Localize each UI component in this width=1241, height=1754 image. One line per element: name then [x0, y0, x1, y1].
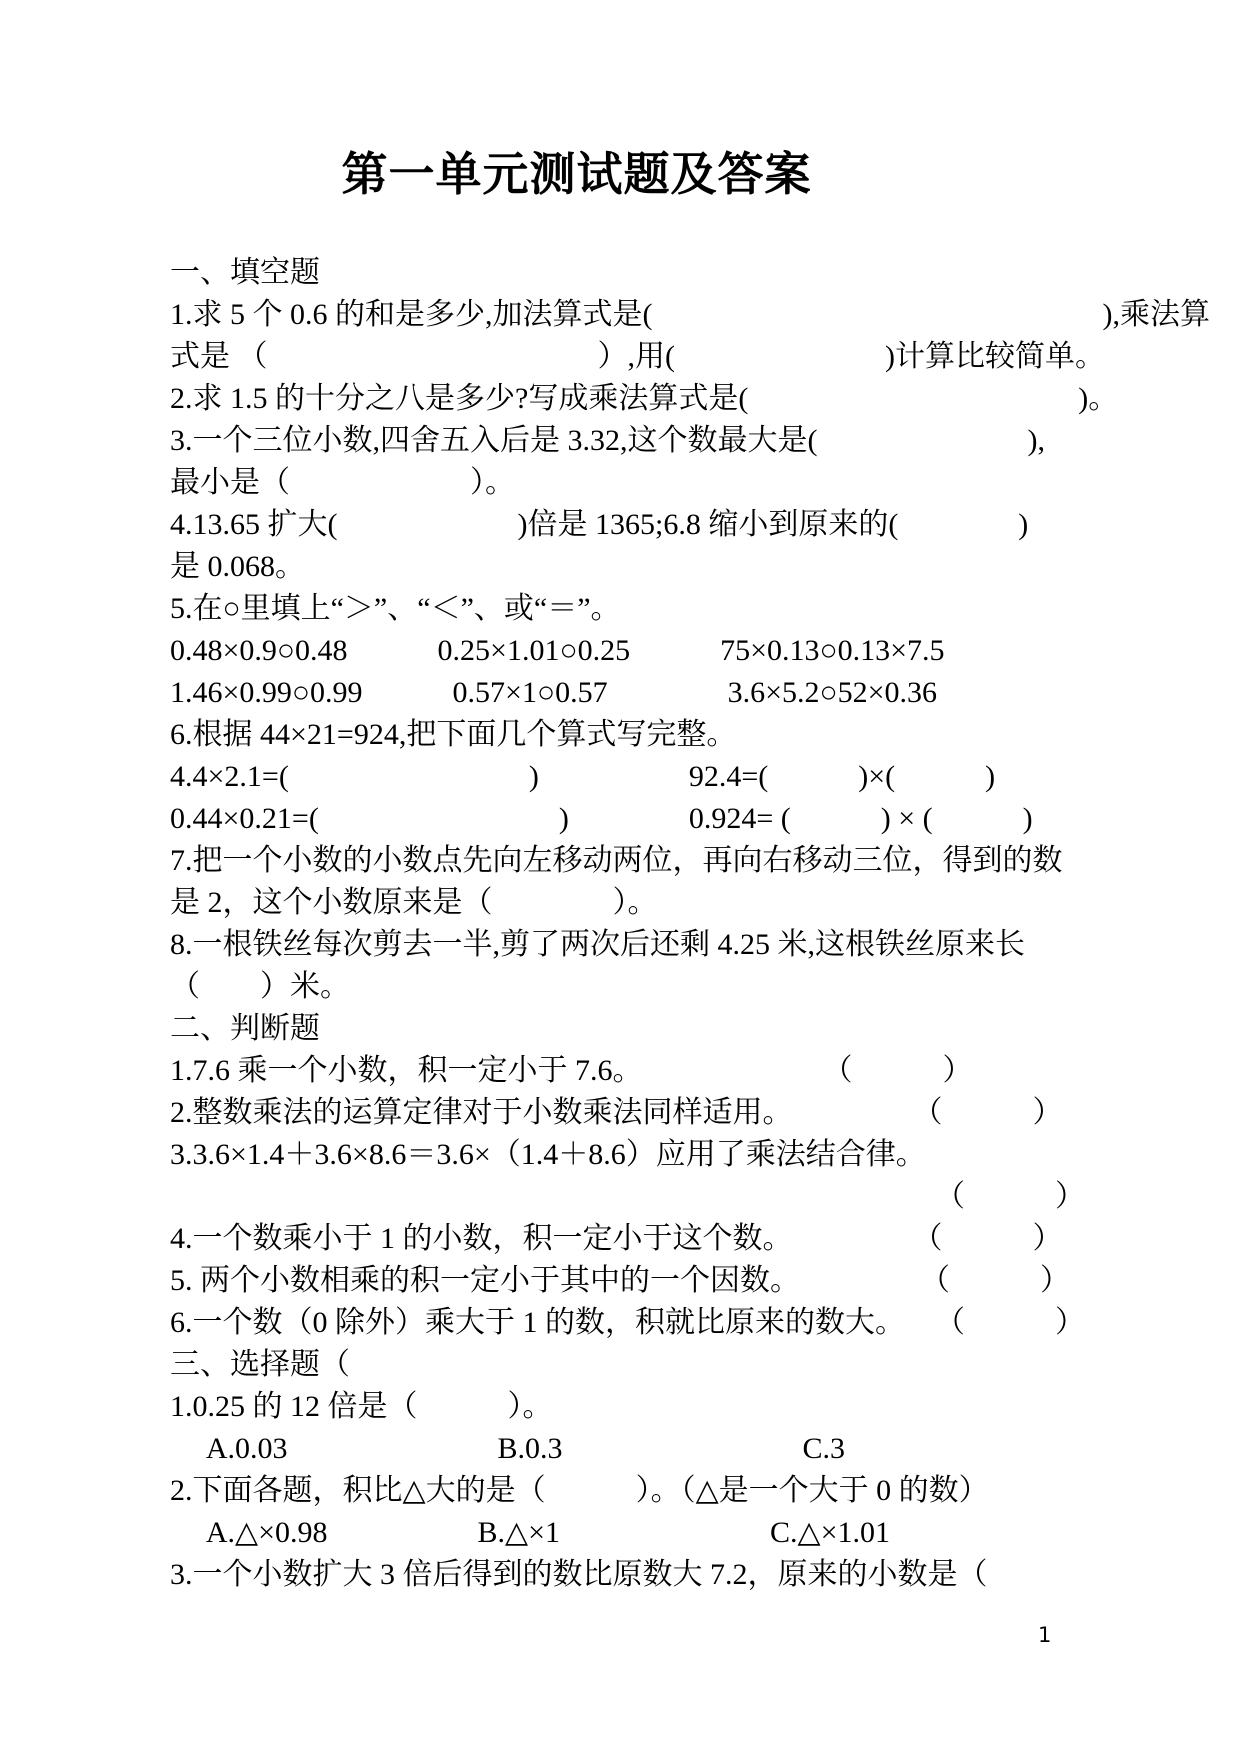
text-line: 5. 两个小数相乘的积一定小于其中的一个因数。 （ ） — [170, 1260, 1110, 1302]
text-line: （ ） — [170, 1176, 1110, 1218]
text-line: 0.48×0.9○0.48 0.25×1.01○0.25 75×0.13○0.1… — [170, 630, 1110, 672]
text-line: 3.一个三位小数,四舍五入后是 3.32,这个数最大是( ), — [170, 420, 1110, 462]
text-line: 2.整数乘法的运算定律对于小数乘法同样适用。 （ ） — [170, 1092, 1110, 1134]
text-line: 1.0.25 的 12 倍是（ ）。 — [170, 1386, 1110, 1428]
text-line: 式是 （ ）,用( )计算比较简单。 — [170, 336, 1110, 378]
text-line: 4.13.65 扩大( )倍是 1365;6.8 缩小到原来的( ) — [170, 504, 1110, 546]
text-line: 二、判断题 — [170, 1008, 1110, 1050]
text-line: 4.一个数乘小于 1 的小数，积一定小于这个数。 （ ） — [170, 1218, 1110, 1260]
text-line: 6.根据 44×21=924,把下面几个算式写完整。 — [170, 714, 1110, 756]
text-line: A.△×0.98 B.△×1 C.△×1.01 — [170, 1512, 1110, 1554]
text-line: 3.3.6×1.4＋3.6×8.6＝3.6×（1.4＋8.6）应用了乘法结合律。 — [170, 1134, 1110, 1176]
text-line: （ ）米。 — [170, 966, 1110, 1008]
text-line: 3.一个小数扩大 3 倍后得到的数比原数大 7.2，原来的小数是（ — [170, 1554, 1110, 1596]
text-line: A.0.03 B.0.3 C.3 — [170, 1428, 1110, 1470]
document-title: 第一单元测试题及答案 — [0, 146, 1241, 202]
text-line: 7.把一个小数的小数点先向左移动两位，再向右移动三位，得到的数 — [170, 840, 1110, 882]
text-line: 8.一根铁丝每次剪去一半,剪了两次后还剩 4.25 米,这根铁丝原来长 — [170, 924, 1110, 966]
text-line: 5.在○里填上“＞”、“＜”、或“＝”。 — [170, 588, 1110, 630]
text-line: 1.46×0.99○0.99 0.57×1○0.57 3.6×5.2○52×0.… — [170, 672, 1110, 714]
document-page: 第一单元测试题及答案 一、填空题1.求 5 个 0.6 的和是多少,加法算式是(… — [0, 0, 1241, 1754]
text-line: 最小是（ ）。 — [170, 462, 1110, 504]
text-line: 2.下面各题，积比△大的是（ ）。（△是一个大于 0 的数） — [170, 1470, 1110, 1512]
text-line: 1.7.6 乘一个小数，积一定小于 7.6。 （ ） — [170, 1050, 1110, 1092]
text-line: 1.求 5 个 0.6 的和是多少,加法算式是( ),乘法算 — [170, 294, 1110, 336]
text-line: 三、选择题（ — [170, 1344, 1110, 1386]
text-line: 是 2，这个小数原来是（ ）。 — [170, 882, 1110, 924]
text-line: 6.一个数（0 除外）乘大于 1 的数，积就比原来的数大。 （ ） — [170, 1302, 1110, 1344]
question-lines: 一、填空题1.求 5 个 0.6 的和是多少,加法算式是( ),乘法算式是 （ … — [170, 252, 1110, 1596]
text-line: 0.44×0.21=( ) 0.924= ( ) × ( ) — [170, 798, 1110, 840]
text-line: 一、填空题 — [170, 252, 1110, 294]
text-line: 是 0.068。 — [170, 546, 1110, 588]
page-number: 1 — [1038, 1622, 1051, 1648]
text-line: 2.求 1.5 的十分之八是多少?写成乘法算式是( )。 — [170, 378, 1110, 420]
text-line: 4.4×2.1=( ) 92.4=( )×( ) — [170, 756, 1110, 798]
